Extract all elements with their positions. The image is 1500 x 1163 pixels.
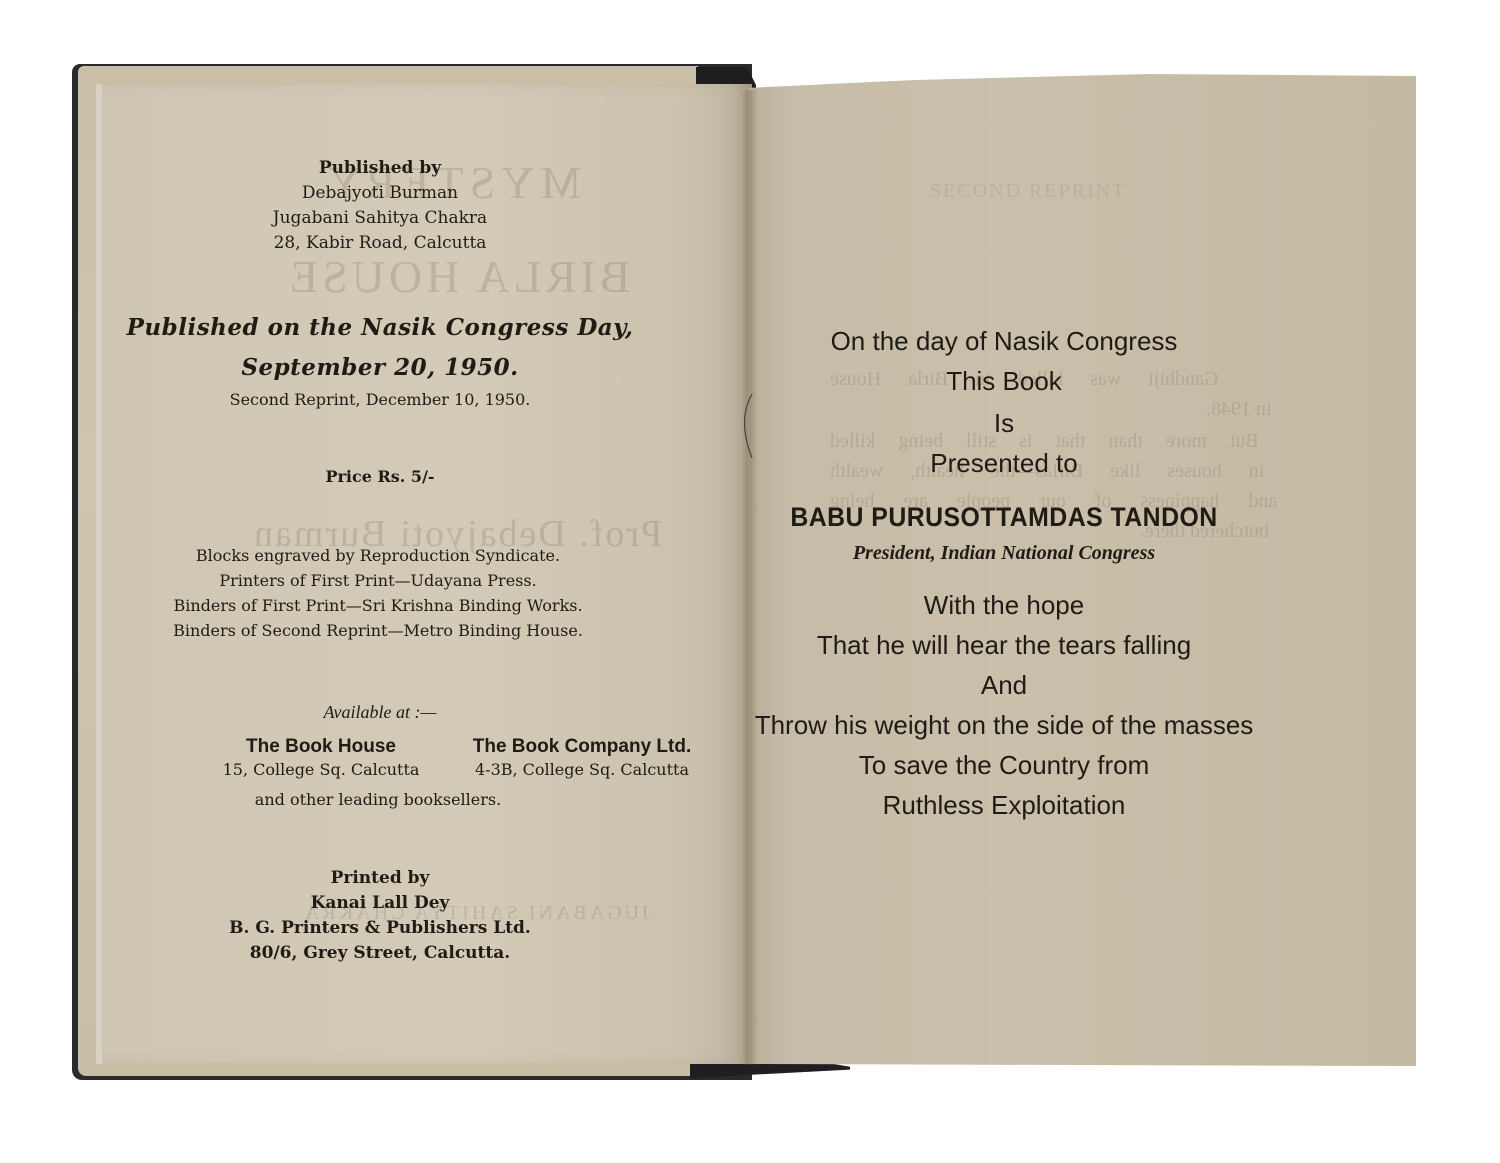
seller-book-house: The Book House 15, College Sq. Calcutta (206, 736, 436, 779)
hope-line-2: That he will hear the tears falling (670, 630, 1338, 661)
publication-note-line2: September 20, 1950. (40, 354, 720, 381)
hope-line-6: Ruthless Exploitation (670, 790, 1338, 821)
dedication-line-2: This Book (670, 366, 1338, 397)
credit-line-blocks: Blocks engraved by Reproduction Syndicat… (38, 546, 718, 565)
seller-name: The Book House (206, 736, 436, 758)
ghost-title-2: BIRLA HOUSE (286, 250, 630, 303)
hope-line-4: Throw his weight on the side of the mass… (670, 710, 1338, 741)
printer-company: B. G. Printers & Publishers Ltd. (40, 918, 720, 938)
gutter-mark-icon (740, 392, 756, 462)
recipient-name: BABU PURUSOTTAMDAS TANDON (697, 502, 1312, 533)
sellers: The Book House 15, College Sq. Calcutta … (206, 736, 726, 796)
price: Price Rs. 5/- (40, 467, 720, 486)
page-gutter (742, 90, 758, 1065)
printer-address: 80/6, Grey Street, Calcutta. (40, 943, 720, 963)
dedication-line-4: Presented to (670, 448, 1338, 479)
publisher-org: Jugabani Sahitya Chakra (40, 208, 720, 228)
dedication-line-1: On the day of Nasik Congress (670, 326, 1338, 357)
open-book: MYSTERY BIRLA HOUSE Prof. Debajyoti Burm… (0, 0, 1500, 1163)
ghost-heading: SECOND REPRINT (930, 180, 1126, 203)
hope-line-1: With the hope (670, 590, 1338, 621)
right-page (748, 72, 1416, 1066)
available-at-label: Available at :— (40, 702, 720, 723)
hope-line-3: And (670, 670, 1338, 701)
recipient-title: President, Indian National Congress (670, 542, 1338, 565)
credit-line-binders-second: Binders of Second Reprint—Metro Binding … (38, 621, 718, 640)
second-reprint-date: Second Reprint, December 10, 1950. (40, 390, 720, 409)
credit-line-binders-first: Binders of First Print—Sri Krishna Bindi… (38, 596, 718, 615)
published-by-label: Published by (40, 158, 720, 178)
credit-line-printers: Printers of First Print—Udayana Press. (38, 571, 718, 590)
other-sellers: and other leading booksellers. (38, 790, 718, 809)
publication-note-line1: Published on the Nasik Congress Day, (40, 314, 720, 341)
printed-by-label: Printed by (40, 868, 720, 888)
printer-name: Kanai Lall Dey (40, 893, 720, 913)
publisher-address: 28, Kabir Road, Calcutta (40, 233, 720, 253)
dedication-line-3: Is (670, 408, 1338, 439)
hope-line-5: To save the Country from (670, 750, 1338, 781)
publisher-name: Debajyoti Burman (40, 183, 720, 203)
seller-address: 15, College Sq. Calcutta (206, 760, 436, 779)
